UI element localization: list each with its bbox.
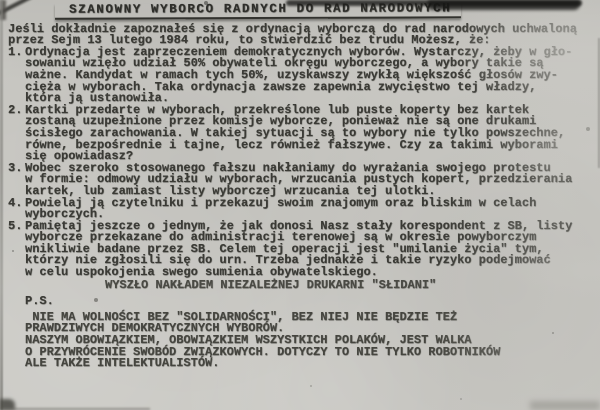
- leaflet-title: SZANOWNY WYBORCO RADNYCH DO RAD NARODOWY…: [55, 2, 461, 19]
- leaflet-body: SZANOWNY WYBORCO RADNYCH DO RAD NARODOWY…: [8, 3, 598, 370]
- item-number: 4.: [8, 198, 25, 221]
- item-text: Ordynacja jest zaprzeczeniem demokratycz…: [25, 47, 598, 105]
- photocopy-speckles: [0, 0, 2, 2]
- photocopy-edge-left: [0, 0, 3, 410]
- item-number: 2.: [8, 105, 25, 163]
- item-text: Kartki przedarte w wyborach, przekreślon…: [25, 105, 598, 163]
- item-text: Powielaj ją czytelniku i przekazuj swoim…: [25, 198, 598, 221]
- ps-label: P.S.: [25, 296, 598, 308]
- photocopy-corner-bottom-left: [0, 399, 15, 410]
- item-number: 1.: [8, 47, 25, 105]
- item-number: 5.: [8, 221, 25, 279]
- item-number: 3.: [8, 163, 25, 198]
- scanned-leaflet: SZANOWNY WYBORCO RADNYCH DO RAD NARODOWY…: [0, 0, 600, 410]
- intro-paragraph: Jeśli dokładnie zapoznałeś się z ordynac…: [8, 24, 598, 47]
- imprint-line: WYSZŁO NAKŁADEM NIEZALEŻNEJ DRUKARNI "SŁ…: [105, 280, 598, 292]
- numbered-item: 1. Ordynacja jest zaprzeczeniem demokrat…: [8, 47, 598, 105]
- ps-paragraph: NIE MA WOLNOŚCI BEZ "SOLIDARNOŚCI", BEZ …: [25, 312, 598, 370]
- photocopy-corner-bottom-right: [530, 401, 600, 410]
- item-text: Pamiętaj jeszcze o jednym, że jak donosi…: [25, 221, 598, 279]
- photocopy-corner-top-left: [0, 0, 6, 20]
- numbered-item: 5. Pamiętaj jeszcze o jednym, że jak don…: [8, 221, 598, 279]
- title-row: SZANOWNY WYBORCO RADNYCH DO RAD NARODOWY…: [8, 3, 598, 24]
- numbered-item: 2. Kartki przedarte w wyborach, przekreś…: [8, 105, 598, 163]
- numbered-item: 4. Powielaj ją czytelniku i przekazuj sw…: [8, 198, 598, 221]
- item-text: Wobec szeroko stosowanego fałszu nakłani…: [25, 163, 598, 198]
- numbered-item: 3. Wobec szeroko stosowanego fałszu nakł…: [8, 163, 598, 198]
